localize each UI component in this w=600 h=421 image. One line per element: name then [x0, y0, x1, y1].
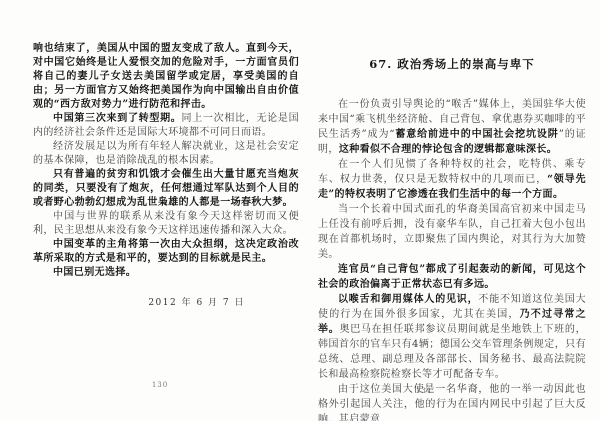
- bold-text-segment: 只有普遍的贫穷和饥饿才会催生出大量甘愿充当炮灰的同类，只要没有了炮灰，任何想通过…: [33, 169, 299, 208]
- bold-text-segment: 以喉舌和御用媒体人的见识，: [338, 294, 478, 305]
- date-line: 2012 年 6 月 7 日: [33, 295, 299, 308]
- page-left-text: 响也结束了，美国从中国的盟友变成了敌人。直到今天，对中国它始终是让人爱恨交加的危…: [33, 42, 299, 280]
- page-number-right: 131: [404, 387, 444, 395]
- chapter-title: 67. 政治秀场上的崇高与卑下: [318, 58, 586, 71]
- text-segment: 中国与世界的联系从来没有象今天这样密切而又便利，民主思想从来没有象今天这样迅速传…: [33, 211, 299, 236]
- bold-text-segment: 中国已别无选择。: [53, 267, 136, 278]
- bold-text-segment: 这种看似不合理的悖论包含的逻辑都意味深长。: [339, 144, 557, 155]
- paragraph: 中国变革的主角将第一次由大众担纲，这决定政治改革所采取的方式是和平的，要达到的目…: [33, 238, 299, 266]
- paragraph: 中国第三次来到了转型期。同上一次相比，无论是国内的经济社会条件还是国际大环境都不…: [33, 112, 299, 140]
- text-segment: 在一个人们见惯了各种特权的社会，吃特供、乘专车、权力世袭，仅只是无数特权中的几项…: [318, 159, 586, 185]
- paragraph: 响也结束了，美国从中国的盟友变成了敌人。直到今天，对中国它始终是让人爱恨交加的危…: [33, 42, 299, 112]
- paragraph: 经济发展足以为所有年轻人解决就业，这是社会安定的基本保障，也是消除战乱的根本因素…: [33, 140, 299, 168]
- paragraph: 当一个长着中国式面孔的华裔美国高官初来中国走马上任没有前呼后拥，没有豪华车队，自…: [318, 202, 586, 262]
- paragraph: 以喉舌和御用媒体人的见识，不能不知道这位美国大使的行为在国外很多国家，尤其在美国…: [318, 292, 586, 382]
- bold-text-segment: 连官员“自己背包”都成了引起轰动的新闻，可见这个社会的政治偏离于正常状态已有多远…: [318, 264, 586, 290]
- page-number-left: 130: [140, 381, 180, 389]
- bold-text-segment: 中国变革的主角将第一次由大众担纲，这决定政治改革所采取的方式是和平的，要达到的目…: [33, 239, 299, 264]
- paragraph: 中国与世界的联系从来没有象今天这样密切而又便利，民主思想从来没有象今天这样迅速传…: [33, 210, 299, 238]
- book-spread: 响也结束了，美国从中国的盟友变成了敌人。直到今天，对中国它始终是让人爱恨交加的危…: [0, 0, 600, 421]
- paragraph: 中国已别无选择。: [33, 266, 299, 280]
- bold-text-segment: 蓄意给前进中的中国社会挖坑设阱: [395, 129, 559, 140]
- text-segment: 奥巴马在担任联邦参议员期间就是坐地铁上下班的，韩国首尔的官车只有4辆；德国公交车…: [318, 324, 586, 380]
- page-right: 67. 政治秀场上的崇高与卑下 在一份负责引导舆论的“喉舌”媒体上，美国驻华大使…: [318, 58, 586, 421]
- bold-text-segment: 响也结束了，美国从中国的盟友变成了敌人。直到今天，对中国它始终是让人爱恨交加的危…: [33, 43, 299, 110]
- paragraph: 在一个人们见惯了各种特权的社会，吃特供、乘专车、权力世袭，仅只是无数特权中的几项…: [318, 157, 586, 202]
- page-left: 响也结束了，美国从中国的盟友变成了敌人。直到今天，对中国它始终是让人爱恨交加的危…: [33, 42, 299, 308]
- paragraph: 只有普遍的贫穷和饥饿才会催生出大量甘愿充当炮灰的同类，只要没有了炮灰，任何想通过…: [33, 168, 299, 210]
- text-segment: 由于这位美国大使是一名华裔，他的一举一动因此也格外引起国人关注，他的行为在国内网…: [318, 384, 586, 421]
- page-right-text: 在一份负责引导舆论的“喉舌”媒体上，美国驻华大使来中国“乘飞机坐经济舱、自己背包…: [318, 97, 586, 421]
- paragraph: 由于这位美国大使是一名华裔，他的一举一动因此也格外引起国人关注，他的行为在国内网…: [318, 382, 586, 421]
- paragraph: 连官员“自己背包”都成了引起轰动的新闻，可见这个社会的政治偏离于正常状态已有多远…: [318, 262, 586, 292]
- text-segment: 经济发展足以为所有年轻人解决就业，这是社会安定的基本保障，也是消除战乱的根本因素…: [33, 141, 299, 166]
- text-segment: 当一个长着中国式面孔的华裔美国高官初来中国走马上任没有前呼后拥，没有豪华车队，自…: [318, 204, 586, 260]
- bold-text-segment: 中国第三次来到了转型期。: [53, 113, 182, 124]
- paragraph: 在一份负责引导舆论的“喉舌”媒体上，美国驻华大使来中国“乘飞机坐经济舱、自己背包…: [318, 97, 586, 157]
